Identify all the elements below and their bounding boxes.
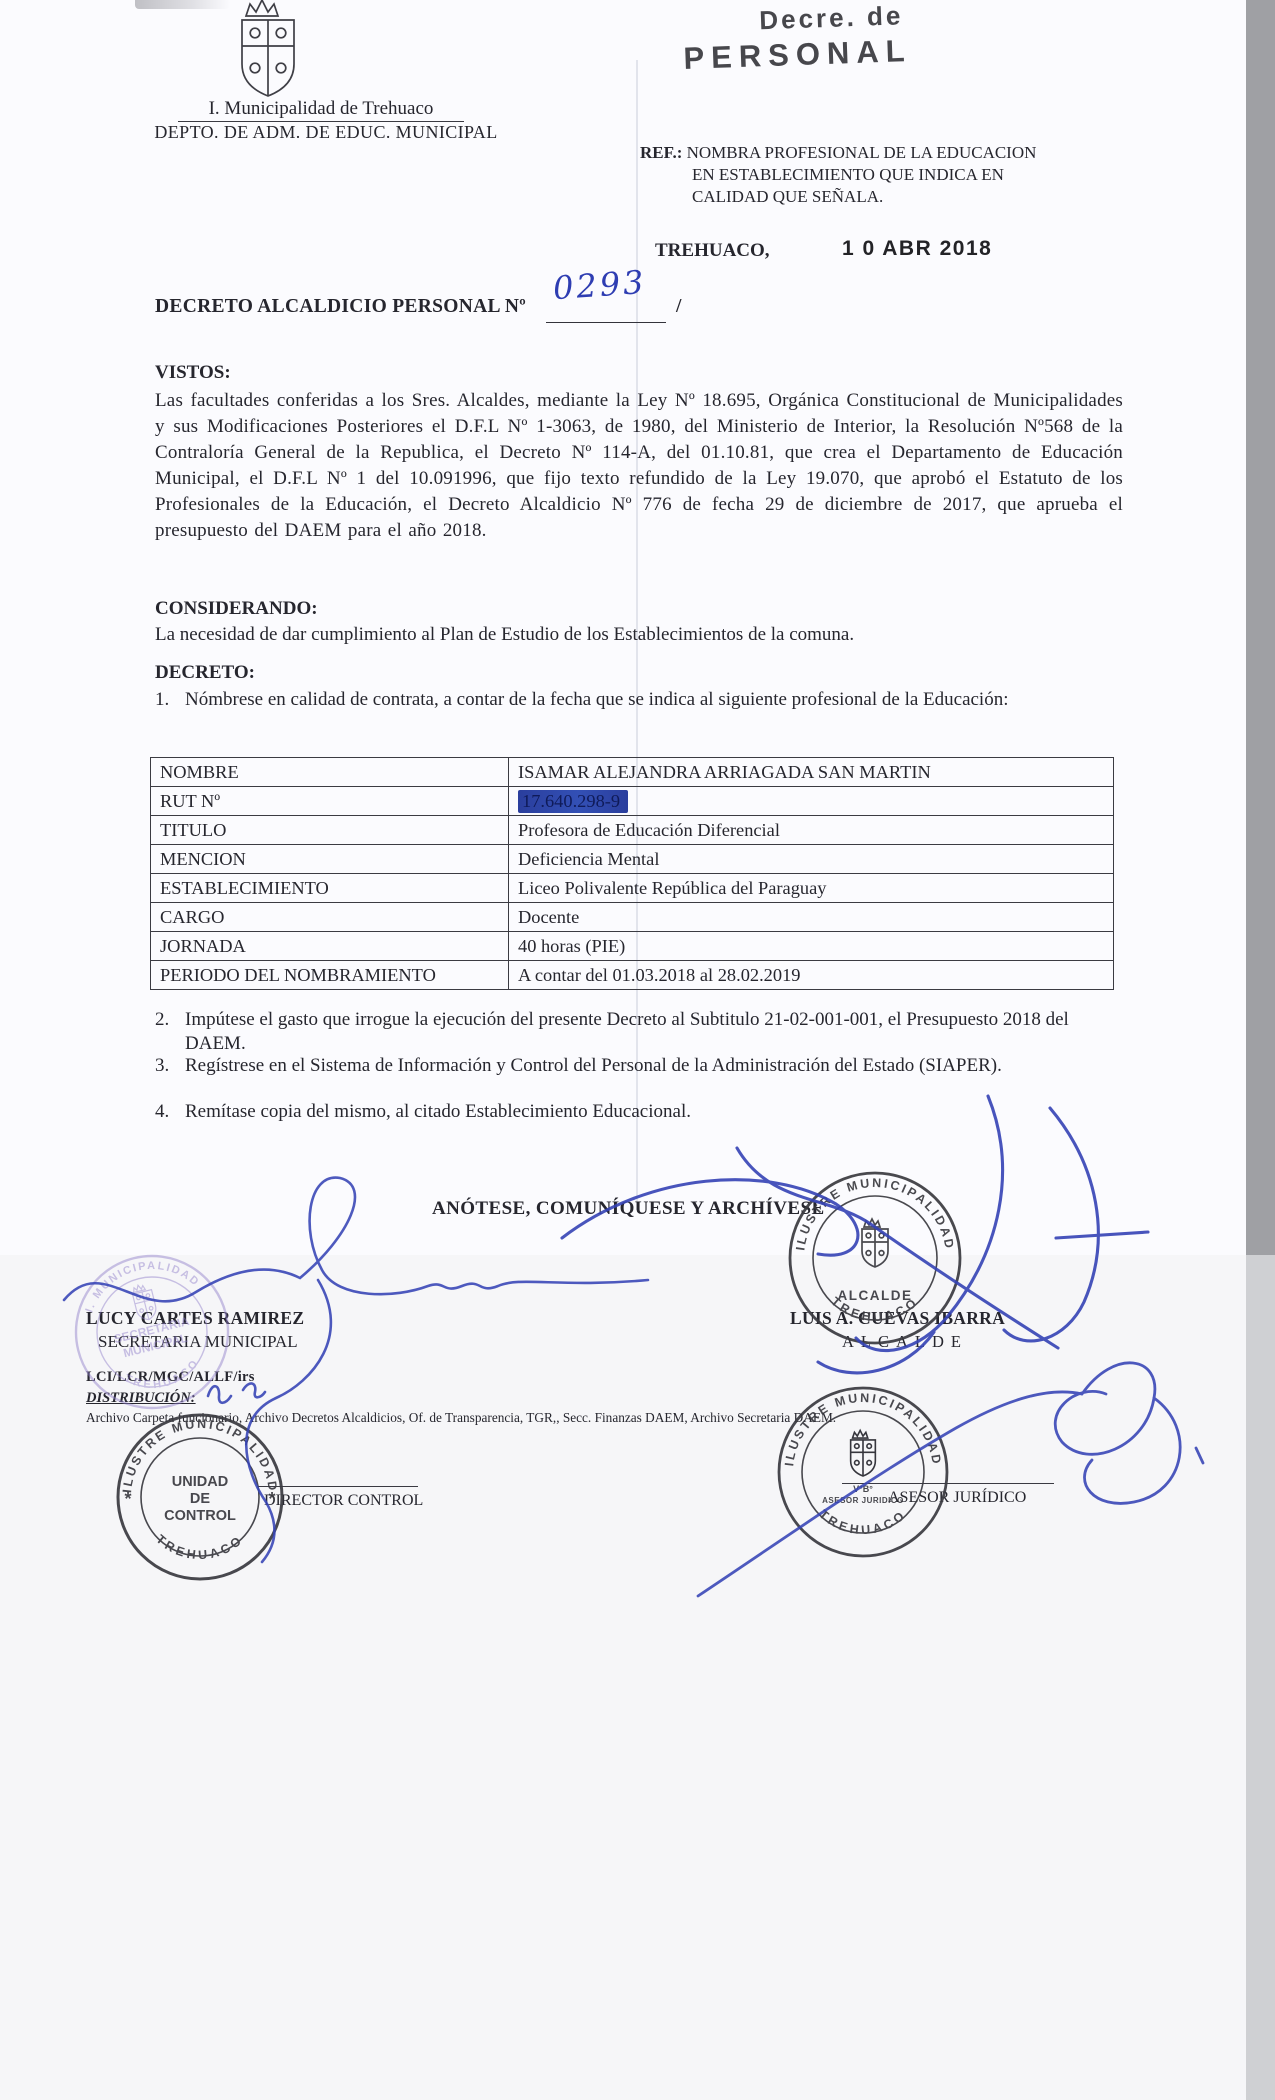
decree-number-underline	[546, 322, 666, 323]
row-value: Deficiencia Mental	[518, 849, 659, 869]
distribution-list: Archivo Carpeta funcionario, Archivo Dec…	[86, 1410, 836, 1426]
ref-text-1: NOMBRA PROFESIONAL DE LA EDUCACION	[687, 143, 1037, 162]
vistos-heading: VISTOS:	[155, 362, 231, 384]
table-row: MENCIONDeficiencia Mental	[151, 845, 1114, 874]
row-label: MENCION	[160, 849, 246, 869]
director-control-signature-line	[258, 1486, 418, 1487]
row-value: ISAMAR ALEJANDRA ARRIAGADA SAN MARTIN	[518, 762, 931, 782]
row-label: RUT Nº	[160, 791, 220, 811]
secretary-title: SECRETARIA MUNICIPAL	[98, 1332, 298, 1352]
item-4-text: Remítase copia del mismo, al citado Esta…	[185, 1100, 1125, 1124]
table-row: PERIODO DEL NOMBRAMIENTOA contar del 01.…	[151, 961, 1114, 990]
rubber-stamp-line2: PERSONAL	[662, 32, 933, 77]
decree-number-label: DECRETO ALCALDICIO PERSONAL Nº	[155, 296, 526, 318]
ref-text-2: EN ESTABLECIMIENTO QUE INDICA EN	[692, 164, 1092, 186]
decree-item-1: 1. Nómbrese en calidad de contrata, a co…	[155, 688, 1125, 712]
scan-smudge	[135, 0, 230, 9]
department-name: DEPTO. DE ADM. DE EDUC. MUNICIPAL	[140, 122, 512, 143]
table-row: RUT Nº17.640.298-9	[151, 787, 1114, 816]
ref-line-1: REF.: NOMBRA PROFESIONAL DE LA EDUCACION	[640, 142, 1092, 164]
municipal-coat-of-arms	[242, 0, 294, 96]
mayor-name: LUIS A. CUEVAS IBARRA	[790, 1308, 1005, 1329]
handwritten-decree-number: 0293	[552, 263, 648, 307]
closing-formula: ANÓTESE, COMUNÍQUESE Y ARCHÍVESE	[432, 1198, 825, 1220]
table-row: TITULOProfesora de Educación Diferencial	[151, 816, 1114, 845]
item-2-number: 2.	[155, 1008, 185, 1055]
municipality-name: I. Municipalidad de Trehuaco	[178, 98, 464, 122]
considerando-heading: CONSIDERANDO:	[155, 598, 318, 620]
decree-item-3: 3. Regístrese en el Sistema de Informaci…	[155, 1054, 1125, 1078]
appointment-table: NOMBREISAMAR ALEJANDRA ARRIAGADA SAN MAR…	[150, 757, 1114, 990]
scanned-decree-page: I. Municipalidad de Trehuaco DEPTO. DE A…	[0, 0, 1275, 2100]
row-label: TITULO	[160, 820, 226, 840]
item-1-number: 1.	[155, 688, 185, 712]
ref-text-3: CALIDAD QUE SEÑALA.	[692, 186, 1092, 208]
distribution-label: DISTRIBUCIÓN:	[86, 1390, 196, 1407]
row-value: 40 horas (PIE)	[518, 936, 625, 956]
decree-number-suffix: /	[676, 296, 681, 318]
row-label: ESTABLECIMIENTO	[160, 878, 329, 898]
row-value: Liceo Polivalente República del Paraguay	[518, 878, 826, 898]
item-4-number: 4.	[155, 1100, 185, 1124]
decreto-heading: DECRETO:	[155, 662, 255, 684]
table-row: ESTABLECIMIENTOLiceo Polivalente Repúbli…	[151, 874, 1114, 903]
row-value: A contar del 01.03.2018 al 28.02.2019	[518, 965, 800, 985]
table-row: NOMBREISAMAR ALEJANDRA ARRIAGADA SAN MAR…	[151, 758, 1114, 787]
row-label: PERIODO DEL NOMBRAMIENTO	[160, 965, 436, 985]
ref-block: REF.: NOMBRA PROFESIONAL DE LA EDUCACION…	[640, 142, 1092, 208]
scan-edge-strip-bottom	[1246, 1255, 1275, 2100]
row-value: Profesora de Educación Diferencial	[518, 820, 780, 840]
item-3-number: 3.	[155, 1054, 185, 1078]
item-1-text: Nómbrese en calidad de contrata, a conta…	[185, 688, 1125, 712]
vistos-body: Las facultades conferidas a los Sres. Al…	[155, 388, 1123, 544]
row-label: NOMBRE	[160, 762, 239, 782]
document-initials: LCI/LCR/MGC/ALLF/irs	[86, 1369, 255, 1386]
asesor-juridico-label: ASESOR JURÍDICO	[888, 1489, 1026, 1507]
city-dateline: TREHUACO,	[655, 240, 770, 262]
mayor-title: ALCALDE	[842, 1332, 968, 1352]
row-value: Docente	[518, 907, 579, 927]
redacted-rut-value: 17.640.298-9	[518, 790, 628, 813]
item-3-text: Regístrese en el Sistema de Información …	[185, 1054, 1125, 1078]
row-label: JORNADA	[160, 936, 246, 956]
considerando-body: La necesidad de dar cumplimiento al Plan…	[155, 624, 1145, 646]
row-label: CARGO	[160, 907, 224, 927]
secretary-name: LUCY CARTES RAMIREZ	[86, 1308, 304, 1329]
ref-label: REF.:	[640, 143, 682, 162]
table-row: CARGODocente	[151, 903, 1114, 932]
table-row: JORNADA40 horas (PIE)	[151, 932, 1114, 961]
decree-item-2: 2. Impútese el gasto que irrogue la ejec…	[155, 1008, 1125, 1055]
date-stamp: 1 0 ABR 2018	[842, 237, 992, 261]
asesor-juridico-signature-line	[842, 1483, 1054, 1484]
director-control-label: DIRECTOR CONTROL	[264, 1492, 423, 1510]
personnel-decree-rubber-stamp: Decre. de PERSONAL	[661, 0, 933, 78]
decree-item-4: 4. Remítase copia del mismo, al citado E…	[155, 1100, 1125, 1124]
scan-edge-strip-top	[1246, 0, 1275, 1255]
item-2-text: Impútese el gasto que irrogue la ejecuci…	[185, 1008, 1125, 1055]
